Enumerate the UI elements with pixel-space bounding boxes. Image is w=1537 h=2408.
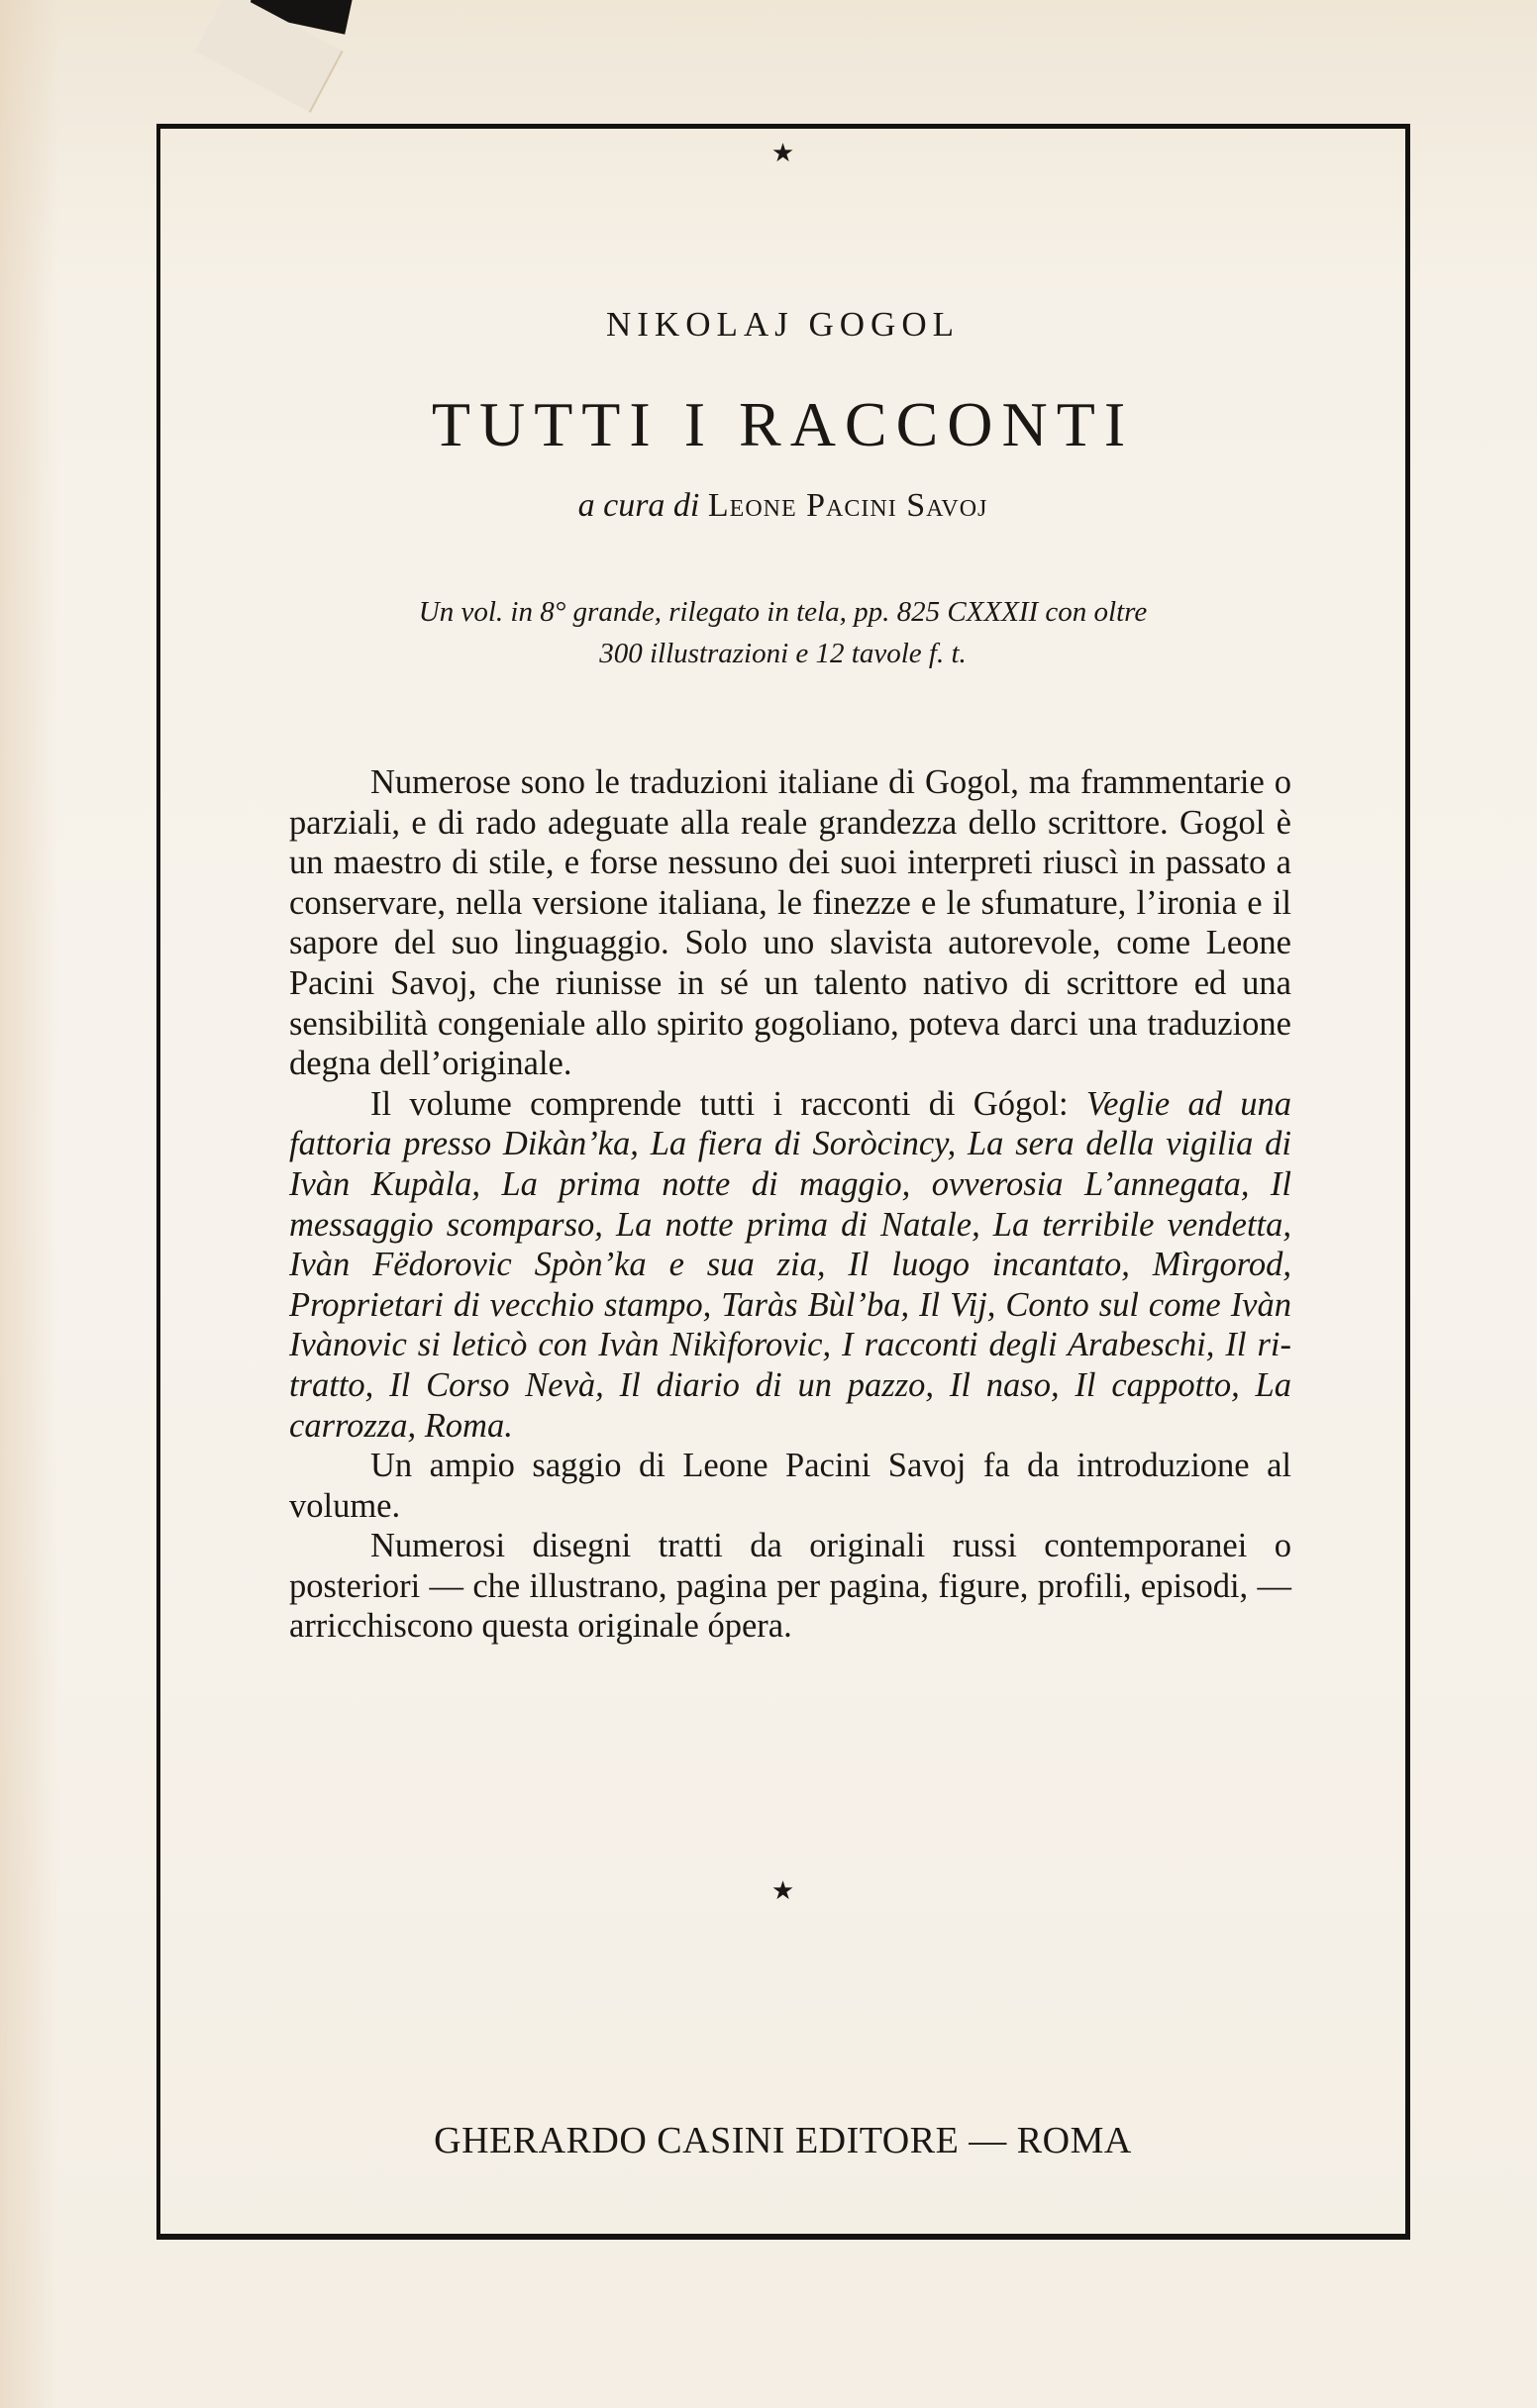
paragraph-translations: Numerose sono le traduzioni italiane di …: [289, 762, 1291, 1084]
author-name: NIKOLAJ GOGOL: [160, 305, 1405, 345]
cover-frame: ★ NIKOLAJ GOGOL TUTTI I RACCONTI a cura …: [156, 124, 1410, 2240]
editor-credit: a cura di Leone Pacini Savoj: [160, 487, 1405, 525]
book-specs-line-1: Un vol. in 8° grande, rilegato in tela, …: [160, 596, 1405, 629]
star-ornament-bottom-icon: ★: [160, 1876, 1405, 1906]
star-ornament-icon: ★: [160, 139, 1405, 168]
paragraph-illustrations: Numerosi disegni tratti da originali rus…: [289, 1526, 1291, 1647]
editor-prefix: a cura di: [578, 487, 700, 524]
paragraph-introduction: Un ampio saggio di Leone Pacini Savoj fa…: [289, 1446, 1291, 1526]
book-title: TUTTI I RACCONTI: [160, 388, 1405, 461]
contents-intro: Il volume comprende tutti i racconti di …: [370, 1085, 1086, 1123]
editor-name: Leone Pacini Savoj: [708, 487, 987, 524]
book-specs-line-2: 300 illustrazioni e 12 tavole f. t.: [160, 638, 1405, 670]
story-titles-list: Ve­glie ad una fattoria presso Dikàn’ka,…: [289, 1085, 1291, 1445]
publisher-imprint: GHERARDO CASINI EDITORE — ROMA: [160, 2119, 1405, 2162]
paragraph-contents: Il volume comprende tutti i racconti di …: [289, 1084, 1291, 1446]
description-body: Numerose sono le traduzioni italiane di …: [289, 762, 1291, 1647]
